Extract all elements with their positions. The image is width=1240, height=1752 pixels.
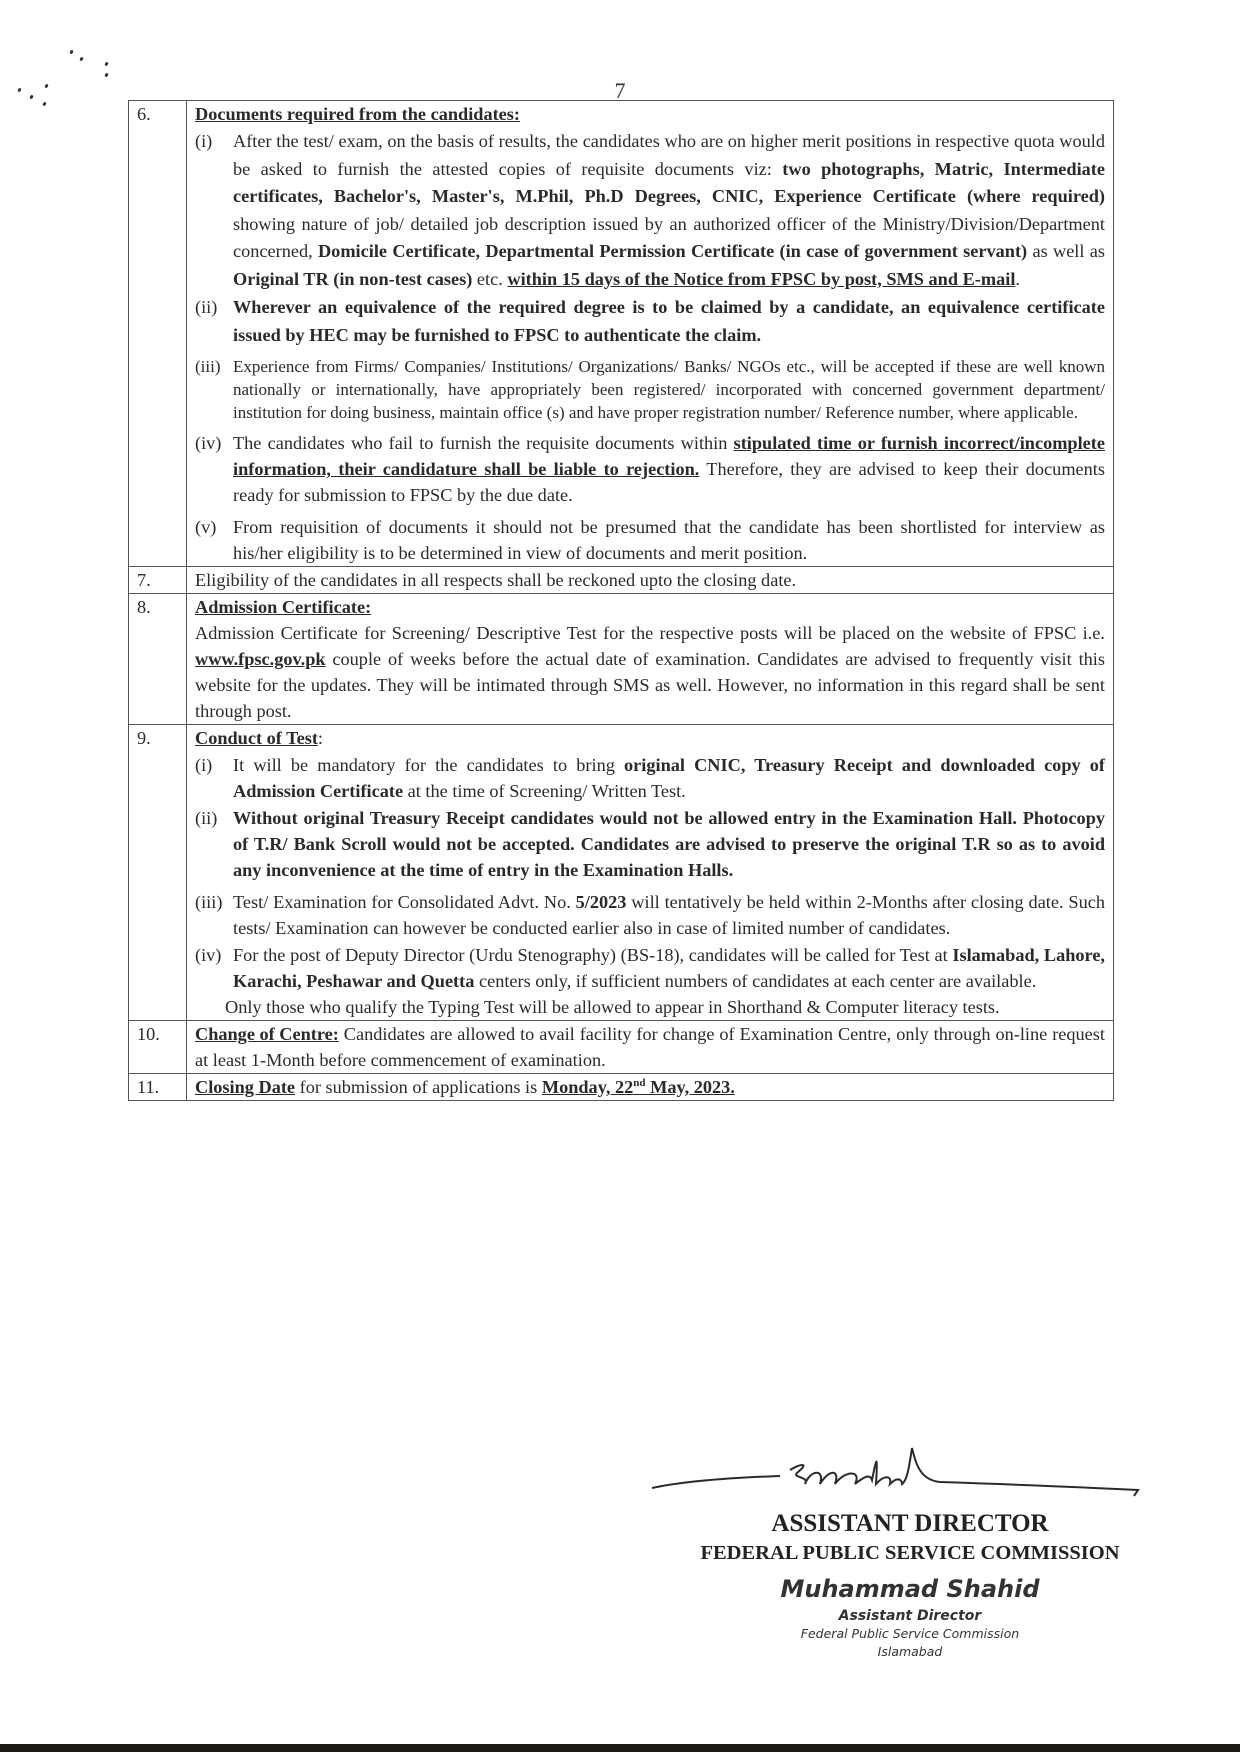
list-item: (iii) Test/ Examination for Consolidated…	[195, 889, 1105, 941]
handwritten-signature-icon	[640, 1440, 1180, 1510]
item-text: From requisition of documents it should …	[233, 514, 1105, 566]
item-text: Experience from Firms/ Companies/ Instit…	[233, 355, 1105, 424]
row-number: 10.	[129, 1021, 187, 1074]
table-row: 10. Change of Centre: Candidates are all…	[129, 1021, 1114, 1074]
row-content: Conduct of Test: (i) It will be mandator…	[187, 725, 1114, 1021]
stamp-city: Islamabad	[640, 1644, 1180, 1659]
row-number: 7.	[129, 567, 187, 594]
stamp-organization: Federal Public Service Commission	[640, 1626, 1180, 1641]
table-row: 9. Conduct of Test: (i) It will be manda…	[129, 725, 1114, 1021]
closing-date: Monday, 22nd May, 2023.	[542, 1077, 735, 1097]
item-label: (i)	[195, 752, 233, 804]
row-number: 11.	[129, 1074, 187, 1101]
item-text: After the test/ exam, on the basis of re…	[233, 128, 1105, 293]
note-text: Only those who qualify the Typing Test w…	[195, 994, 1105, 1020]
row-number: 9.	[129, 725, 187, 1021]
section-heading: Documents required from the candidates:	[195, 101, 520, 127]
row-content: Admission Certificate: Admission Certifi…	[187, 594, 1114, 725]
section-heading: Admission Certificate:	[195, 594, 371, 620]
stamp-name: Muhammad Shahid	[640, 1575, 1180, 1603]
item-text: Wherever an equivalence of the required …	[233, 294, 1105, 349]
paragraph: Admission Certificate for Screening/ Des…	[195, 620, 1105, 724]
list-item: (i) It will be mandatory for the candida…	[195, 752, 1105, 804]
list-item: (v) From requisition of documents it sho…	[195, 514, 1105, 566]
item-text: It will be mandatory for the candidates …	[233, 752, 1105, 804]
item-text: Without original Treasury Receipt candid…	[233, 805, 1105, 883]
stamp-designation: Assistant Director	[640, 1608, 1180, 1624]
list-item: (i) After the test/ exam, on the basis o…	[195, 128, 1105, 293]
item-label: (ii)	[195, 805, 233, 883]
list-item: (iv) For the post of Deputy Director (Ur…	[195, 942, 1105, 994]
table-row: 11. Closing Date for submission of appli…	[129, 1074, 1114, 1101]
item-text: For the post of Deputy Director (Urdu St…	[233, 942, 1105, 994]
row-number: 8.	[129, 594, 187, 725]
item-label: (i)	[195, 128, 233, 293]
section-heading: Closing Date	[195, 1074, 295, 1100]
item-label: (iii)	[195, 355, 233, 424]
list-item: (iv) The candidates who fail to furnish …	[195, 430, 1105, 508]
table-row: 6. Documents required from the candidate…	[129, 101, 1114, 567]
item-text: The candidates who fail to furnish the r…	[233, 430, 1105, 508]
section-heading: Conduct of Test:	[195, 728, 323, 748]
item-label: (iii)	[195, 889, 233, 941]
list-item: (ii) Without original Treasury Receipt c…	[195, 805, 1105, 883]
row-content: Closing Date for submission of applicati…	[187, 1074, 1114, 1101]
table-row: 7. Eligibility of the candidates in all …	[129, 567, 1114, 594]
row-content: Eligibility of the candidates in all res…	[187, 567, 1114, 594]
list-item: (iii) Experience from Firms/ Companies/ …	[195, 355, 1105, 424]
item-label: (iv)	[195, 430, 233, 508]
signatory-organization: FEDERAL PUBLIC SERVICE COMMISSION	[640, 1542, 1180, 1565]
instructions-table: 6. Documents required from the candidate…	[128, 100, 1114, 1101]
item-label: (ii)	[195, 294, 233, 349]
row-content: Change of Centre: Candidates are allowed…	[187, 1021, 1114, 1074]
section-heading: Change of Centre:	[195, 1021, 339, 1047]
item-text: Test/ Examination for Consolidated Advt.…	[233, 889, 1105, 941]
scan-edge	[0, 1744, 1240, 1752]
table-row: 8. Admission Certificate: Admission Cert…	[129, 594, 1114, 725]
row-content: Documents required from the candidates: …	[187, 101, 1114, 567]
signatory-title: ASSISTANT DIRECTOR	[640, 1510, 1180, 1538]
item-label: (iv)	[195, 942, 233, 994]
list-item: (ii) Wherever an equivalence of the requ…	[195, 294, 1105, 349]
row-number: 6.	[129, 101, 187, 567]
fpsc-website-link[interactable]: www.fpsc.gov.pk	[195, 649, 326, 669]
item-label: (v)	[195, 514, 233, 566]
